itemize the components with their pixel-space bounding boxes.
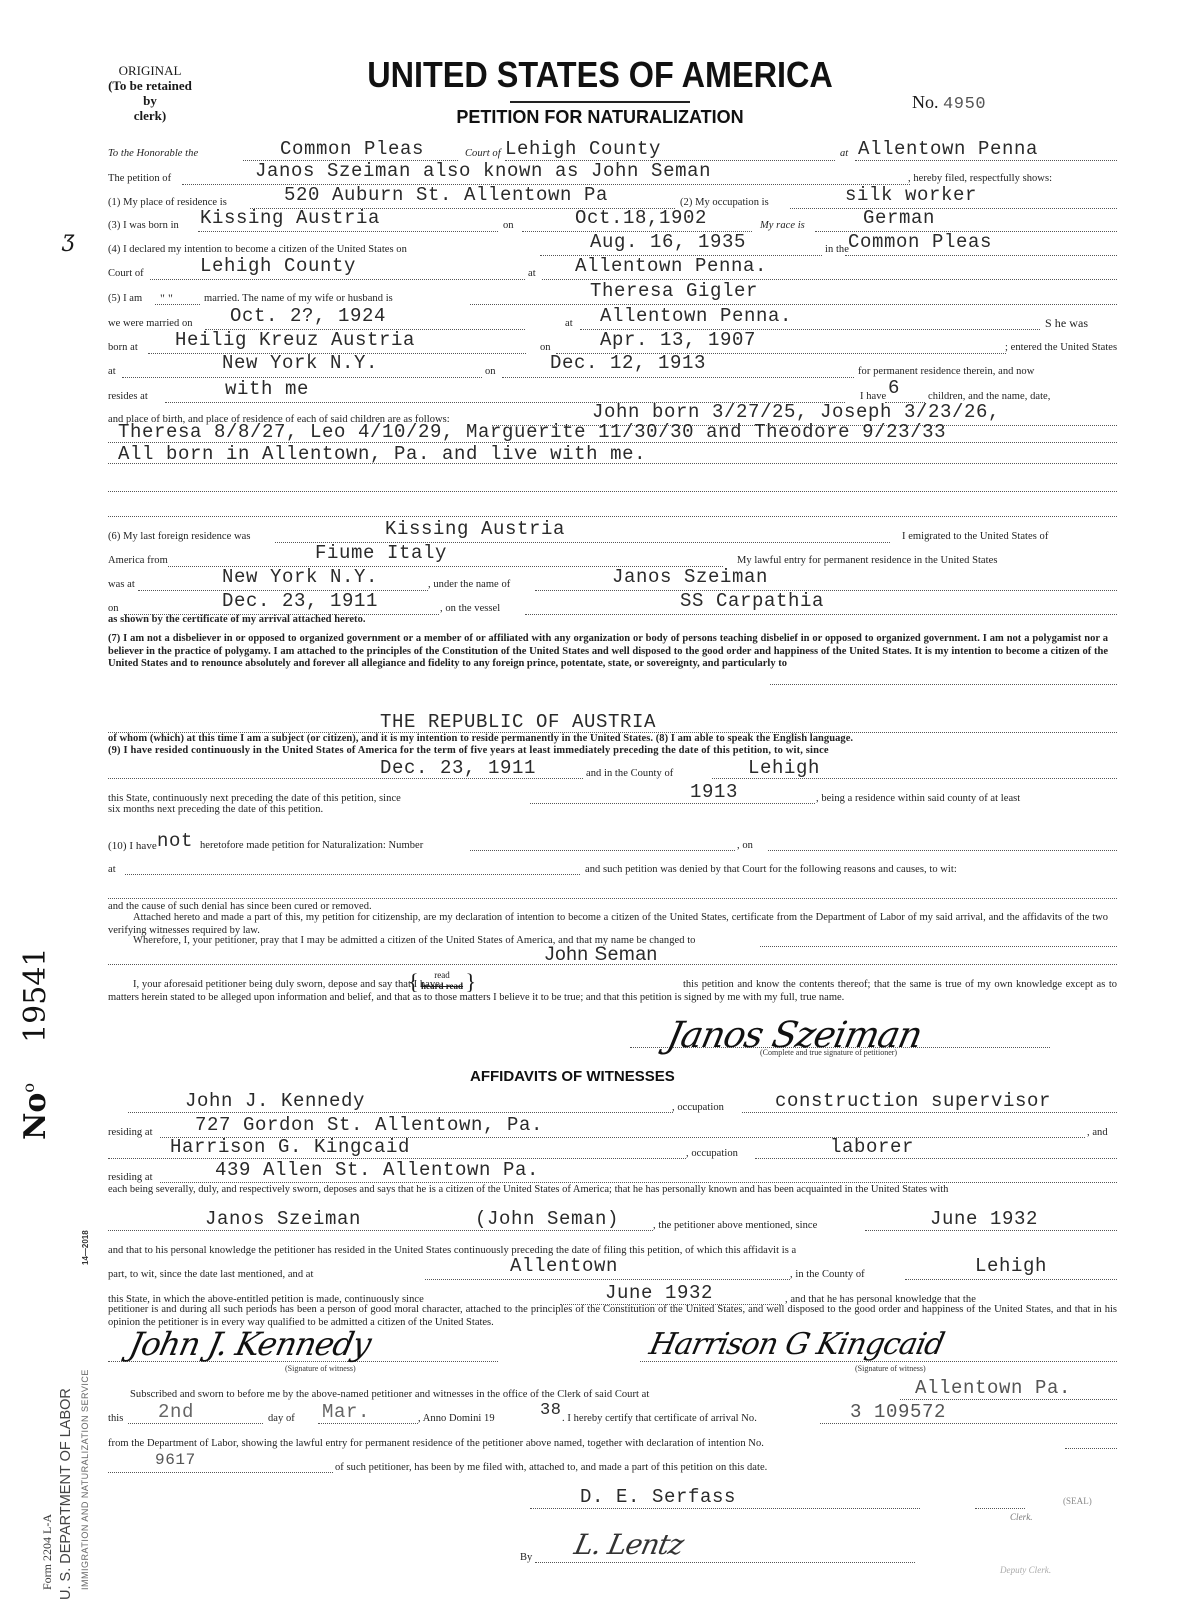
since-label: , the petitioner above mentioned, since bbox=[653, 1220, 817, 1231]
declared-at-label: at bbox=[528, 268, 536, 279]
year-suffix-field[interactable]: 38 bbox=[540, 1401, 562, 1420]
petition-of-label: The petition of bbox=[108, 173, 171, 184]
arrival-cert-field[interactable]: 3 109572 bbox=[850, 1401, 946, 1423]
petition-number: No. 4950 bbox=[912, 92, 986, 114]
and-label: , and bbox=[1087, 1127, 1108, 1138]
paragraph-8: of whom (which) at this time I am a subj… bbox=[108, 733, 853, 744]
to-the-label: To the Honorable the bbox=[108, 148, 198, 159]
prior-petition-answer[interactable]: not bbox=[157, 830, 193, 852]
declared-location-field[interactable]: Allentown Penna. bbox=[575, 255, 767, 277]
deputy-label: Deputy Clerk. bbox=[1000, 1565, 1051, 1575]
she-was-label: S he was bbox=[1045, 316, 1088, 331]
entry-on-label-2: on bbox=[108, 603, 119, 614]
born-at-label: born at bbox=[108, 342, 138, 353]
affidavit-county-label: , in the County of bbox=[790, 1269, 865, 1280]
filed-text: of such petitioner, has been by me filed… bbox=[335, 1462, 767, 1473]
resided-at-field[interactable]: Allentown bbox=[510, 1255, 618, 1277]
service-name: IMMIGRATION AND NATURALIZATION SERVICE bbox=[80, 1369, 90, 1590]
county-label: and in the County of bbox=[586, 768, 673, 779]
heretofore-label: heretofore made petition for Naturalizat… bbox=[200, 840, 423, 851]
hereby-label: , hereby filed, respectfully shows: bbox=[908, 173, 1052, 184]
new-name-field[interactable]: John Seman bbox=[545, 944, 658, 966]
prior-at-label: at bbox=[108, 864, 116, 875]
certify-label: . I hereby certify that certificate of a… bbox=[562, 1413, 757, 1424]
children-line-1[interactable]: John born 3/27/25, Joseph 3/23/26, bbox=[592, 401, 1000, 423]
last-residence-field[interactable]: Kissing Austria bbox=[385, 518, 565, 540]
occupation-field[interactable]: silk worker bbox=[845, 184, 977, 206]
entry-at-label: at bbox=[108, 366, 116, 377]
witness-1-occupation-label: , occupation bbox=[672, 1102, 724, 1113]
entry-name-field[interactable]: Janos Szeiman bbox=[612, 566, 768, 588]
denied-label: and such petition was denied by that Cou… bbox=[585, 864, 957, 875]
paragraph-7: (7) I am not a disbeliever in or opposed… bbox=[108, 633, 1108, 671]
i-am-label: (5) I am bbox=[108, 293, 142, 304]
birthdate-field[interactable]: Oct.18,1902 bbox=[575, 207, 707, 229]
sovereign-field[interactable]: THE REPUBLIC OF AUSTRIA bbox=[380, 711, 656, 733]
emigrated-from-field[interactable]: Fiume Italy bbox=[315, 542, 447, 564]
married-on-label: we were married on bbox=[108, 318, 193, 329]
spouse-entry-date-field[interactable]: Dec. 12, 1913 bbox=[550, 352, 706, 374]
check-mark-icon: Ʒ bbox=[62, 232, 74, 257]
anno-label: , Anno Domini 19 bbox=[418, 1413, 495, 1424]
form-number: Form 2204 L-A bbox=[40, 1514, 55, 1590]
print-code: 14—2018 bbox=[81, 1230, 90, 1265]
resided-text: and that to his personal knowledge the p… bbox=[108, 1245, 796, 1256]
deputy-signature: L. Lentz bbox=[571, 1528, 686, 1561]
part-label: part, to wit, since the date last mentio… bbox=[108, 1269, 314, 1280]
was-at-label: was at bbox=[108, 579, 135, 590]
entry-date-field[interactable]: Dec. 23, 1911 bbox=[222, 590, 378, 612]
prior-petition-label: (10) I have bbox=[108, 840, 157, 852]
court-location-field[interactable]: Allentown Pa. bbox=[915, 1377, 1071, 1399]
petitioner-name-field[interactable]: Janos Szeiman also known as John Seman bbox=[255, 160, 711, 182]
witness-2-name-field[interactable]: Harrison G. Kingcaid bbox=[170, 1136, 410, 1158]
certificate-note: as shown by the certificate of my arriva… bbox=[108, 614, 366, 625]
born-in-label: (3) I was born in bbox=[108, 220, 179, 231]
witness-2-signature: Harrison G Kingcaid bbox=[646, 1327, 947, 1362]
margin-no-label: No bbox=[18, 1093, 53, 1140]
residence-field[interactable]: 520 Auburn St. Allentown Pa bbox=[284, 184, 608, 206]
court-of-label-2: Court of bbox=[108, 268, 144, 279]
county-field-2[interactable]: Lehigh bbox=[748, 757, 820, 779]
this-label: this bbox=[108, 1413, 123, 1424]
paragraph-9: (9) I have resided continuously in the U… bbox=[108, 745, 829, 756]
clerk-label: Clerk. bbox=[1010, 1512, 1033, 1522]
witness-2-occupation-field[interactable]: laborer bbox=[830, 1136, 914, 1158]
affidavit-county-field[interactable]: Lehigh bbox=[975, 1255, 1047, 1277]
retained-label-1: (To be retained by bbox=[100, 78, 200, 108]
birthplace-field[interactable]: Kissing Austria bbox=[200, 207, 380, 229]
permanent-label: for permanent residence therein, and now bbox=[858, 366, 1034, 377]
number-label: No. bbox=[912, 92, 939, 112]
month-field[interactable]: Mar. bbox=[322, 1401, 370, 1423]
declaration-no-field[interactable]: 9617 bbox=[155, 1451, 196, 1469]
witness-petitioner-name[interactable]: Janos Szeiman bbox=[205, 1208, 361, 1230]
by-label: By bbox=[520, 1552, 532, 1563]
witness-1-occupation-field[interactable]: construction supervisor bbox=[775, 1090, 1051, 1112]
department-name: U. S. DEPARTMENT OF LABOR bbox=[58, 1388, 74, 1600]
spouse-entry-place-field[interactable]: New York N.Y. bbox=[222, 352, 378, 374]
residing-label-1: residing at bbox=[108, 1127, 153, 1138]
margin-petition-no: 19541 bbox=[18, 947, 53, 1042]
department-text: from the Department of Labor, showing th… bbox=[108, 1438, 764, 1449]
married-at-label: at bbox=[565, 318, 573, 329]
cured-label: and the cause of such denial has since b… bbox=[108, 901, 372, 912]
witness-1-caption: (Signature of witness) bbox=[285, 1364, 356, 1373]
emigrated-label: I emigrated to the United States of bbox=[902, 531, 1048, 542]
original-label: ORIGINAL bbox=[100, 63, 200, 78]
location-field[interactable]: Allentown Penna bbox=[858, 138, 1038, 160]
residing-label-2: residing at bbox=[108, 1172, 153, 1183]
status-mark: " " bbox=[160, 291, 173, 306]
spouse-birthdate-field[interactable]: Apr. 13, 1907 bbox=[600, 329, 756, 351]
state-since-label: this State, continuously next preceding … bbox=[108, 793, 401, 804]
vessel-field[interactable]: SS Carpathia bbox=[680, 590, 824, 612]
residence-since-field[interactable]: Dec. 23, 1911 bbox=[380, 757, 536, 779]
america-from-label: America from bbox=[108, 555, 168, 566]
witness-1-name-field[interactable]: John J. Kennedy bbox=[185, 1090, 365, 1112]
affidavits-title: AFFIDAVITS OF WITNESSES bbox=[470, 1068, 675, 1085]
entry-place-field[interactable]: New York N.Y. bbox=[222, 566, 378, 588]
clerk-name-field[interactable]: D. E. Serfass bbox=[580, 1486, 736, 1508]
seal-label: (SEAL) bbox=[1063, 1496, 1092, 1506]
prior-on-label: , on bbox=[737, 840, 753, 851]
declared-label: (4) I declared my intention to become a … bbox=[108, 244, 407, 255]
declared-court-field[interactable]: Common Pleas bbox=[848, 231, 992, 253]
known-since-field[interactable]: June 1932 bbox=[930, 1208, 1038, 1230]
entered-label: ; entered the United States bbox=[1005, 342, 1117, 353]
entry-on-label: on bbox=[485, 366, 496, 377]
witness-2-address-field[interactable]: 439 Allen St. Allentown Pa. bbox=[215, 1159, 539, 1181]
children-line-3[interactable]: All born in Allentown, Pa. and live with… bbox=[118, 443, 646, 465]
resides-label: resides at bbox=[108, 391, 148, 402]
margin-petition-number: Noo19541 bbox=[18, 947, 53, 1140]
signature-caption: (Complete and true signature of petition… bbox=[760, 1048, 897, 1057]
court-name-field[interactable]: Common Pleas bbox=[280, 138, 424, 160]
witness-1-address-field[interactable]: 727 Gordon St. Allentown, Pa. bbox=[195, 1114, 543, 1136]
witness-1-signature: John J. Kennedy bbox=[126, 1325, 374, 1363]
original-label-block: ORIGINAL (To be retained by clerk) bbox=[100, 63, 200, 123]
lawful-entry-label: My lawful entry for permanent residence … bbox=[737, 555, 997, 566]
at-label: at bbox=[840, 148, 848, 159]
court-of-label: Court of bbox=[465, 148, 501, 159]
children-line-2[interactable]: Theresa 8/8/27, Leo 4/10/29, Marguerite … bbox=[118, 421, 946, 443]
number-value: 4950 bbox=[943, 95, 986, 114]
declared-county-field[interactable]: Lehigh County bbox=[200, 255, 356, 277]
race-label: My race is bbox=[760, 220, 805, 231]
state-since-field[interactable]: 1913 bbox=[690, 781, 738, 803]
six-months-label: six months next preceding the date of th… bbox=[108, 804, 323, 815]
under-name-label: , under the name of bbox=[428, 579, 510, 590]
spouse-field[interactable]: Theresa Gigler bbox=[590, 280, 758, 302]
vessel-label: , on the vessel bbox=[440, 603, 500, 614]
title-rule bbox=[510, 101, 690, 103]
witness-2-occupation-label: , occupation bbox=[686, 1148, 738, 1159]
race-field[interactable]: German bbox=[863, 207, 935, 229]
spouse-residence-field[interactable]: with me bbox=[225, 378, 309, 400]
affidavit-state-since-field[interactable]: June 1932 bbox=[605, 1282, 713, 1304]
married-place-field[interactable]: Allentown Penna. bbox=[600, 305, 792, 327]
witness-2-caption: (Signature of witness) bbox=[855, 1364, 926, 1373]
sworn-text-2: this petition and know the contents ther… bbox=[108, 979, 1117, 1004]
born-on-label: on bbox=[503, 220, 514, 231]
document-title: UNITED STATES OF AMERICA bbox=[330, 54, 870, 96]
attached-text: Attached hereto and made a part of this,… bbox=[108, 912, 1108, 937]
declared-date-field[interactable]: Aug. 16, 1935 bbox=[590, 231, 746, 253]
day-of-label: day of bbox=[268, 1413, 295, 1424]
married-label: married. The name of my wife or husband … bbox=[204, 293, 393, 304]
last-residence-label: (6) My last foreign residence was bbox=[108, 531, 250, 542]
witness-petitioner-alias[interactable]: (John Seman) bbox=[475, 1208, 619, 1230]
county-field[interactable]: Lehigh County bbox=[505, 138, 661, 160]
retained-label-2: clerk) bbox=[100, 108, 200, 123]
subscribed-text: Subscribed and sworn to before me by the… bbox=[130, 1389, 649, 1400]
witness-sworn-text: each being severally, duly, and respecti… bbox=[108, 1184, 1117, 1197]
document-subtitle: PETITION FOR NATURALIZATION bbox=[340, 107, 860, 128]
children-count-field[interactable]: 6 bbox=[888, 377, 900, 399]
spouse-birthplace-field[interactable]: Heilig Kreuz Austria bbox=[175, 329, 415, 351]
day-field[interactable]: 2nd bbox=[158, 1401, 194, 1423]
in-the-label: in the bbox=[825, 244, 849, 255]
married-date-field[interactable]: Oct. 2?, 1924 bbox=[230, 305, 386, 327]
being-label: , being a residence within said county o… bbox=[816, 793, 1020, 804]
